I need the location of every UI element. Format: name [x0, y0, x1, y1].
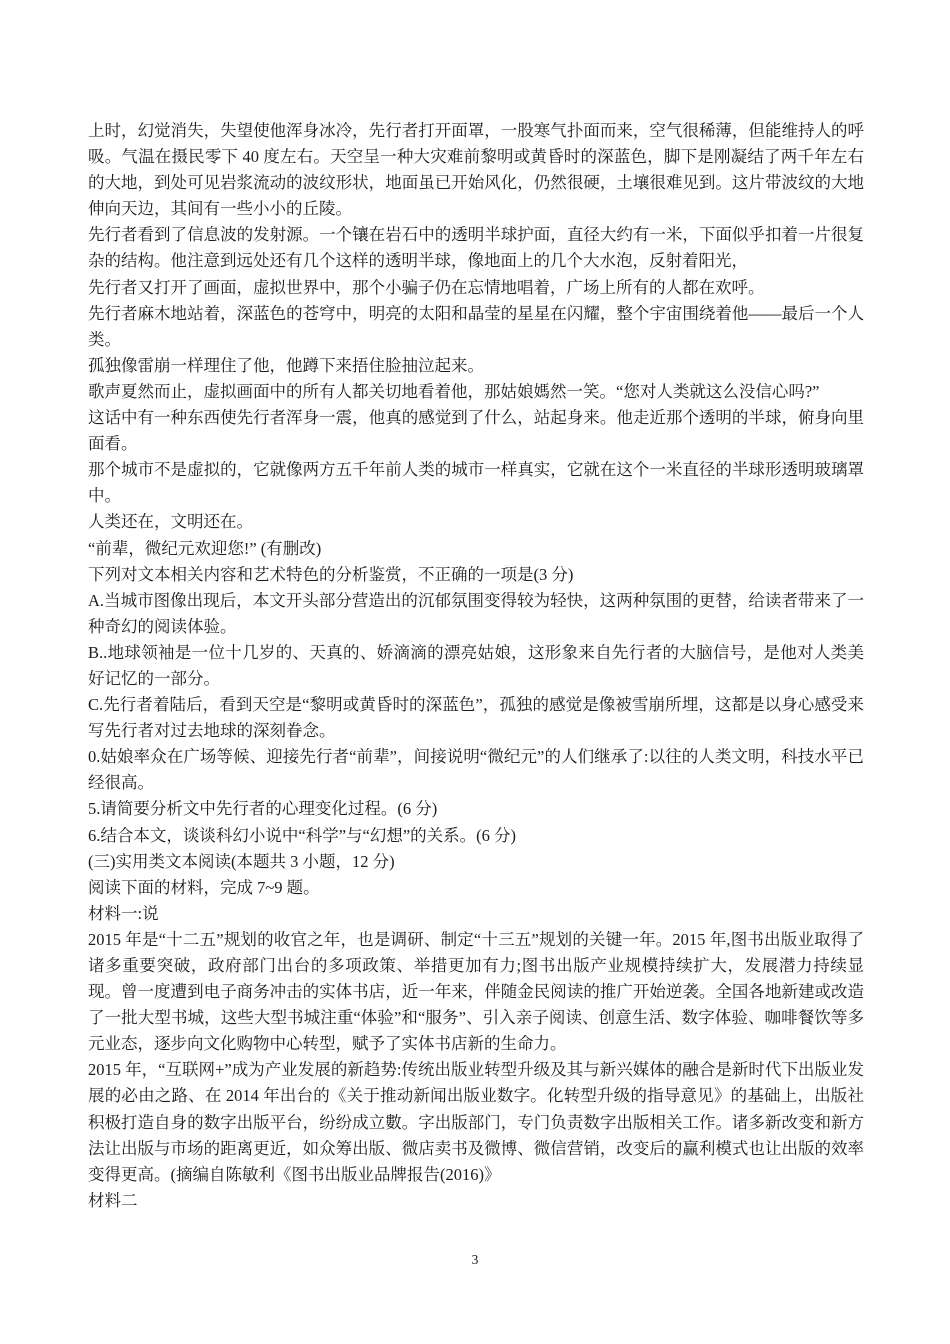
- question-6: 6.结合本文，谈谈科幻小说中“科学”与“幻想”的关系。(6 分): [88, 823, 864, 849]
- material-1-paragraph: 2015 年是“十二五”规划的收官之年，也是调研、制定“十三五”规划的关键一年。…: [88, 927, 864, 1057]
- material-1-paragraph: 2015 年，“互联网+”成为产业发展的新趋势:传统出版业转型升级及其与新兴媒体…: [88, 1057, 864, 1187]
- question-4-stem: 下列对文本相关内容和艺术特色的分析鉴赏，不正确的一项是(3 分): [88, 562, 864, 588]
- story-paragraph: 人类还在，文明还在。: [88, 509, 864, 535]
- document-body: 上时，幻觉消失，失望使他浑身冰冷，先行者打开面罩，一股寒气扑面而来，空气很稀薄，…: [88, 118, 864, 1214]
- material-2-heading: 材料二: [88, 1188, 864, 1214]
- question-4-option-c: C.先行者着陆后，看到天空是“黎明或黄昏时的深蓝色”，孤独的感觉是像被雪崩所埋，…: [88, 692, 864, 744]
- material-1-heading: 材料一:说: [88, 901, 864, 927]
- question-4-option-a: A.当城市图像出现后，本文开头部分营造出的沉郁氛围变得较为轻快，这两种氛围的更替…: [88, 588, 864, 640]
- story-paragraph: 上时，幻觉消失，失望使他浑身冰冷，先行者打开面罩，一股寒气扑面而来，空气很稀薄，…: [88, 118, 864, 222]
- story-paragraph: 孤独像雷崩一样理住了他，他蹲下来捂住脸抽泣起来。: [88, 353, 864, 379]
- question-4-option-b: B..地球领袖是一位十几岁的、天真的、娇滴滴的漂亮姑娘，这形象来自先行者的大脑信…: [88, 640, 864, 692]
- question-5: 5.请简要分析文中先行者的心理变化过程。(6 分): [88, 796, 864, 822]
- story-paragraph: 那个城市不是虚拟的，它就像两方五千年前人类的城市一样真实，它就在这个一米直径的半…: [88, 457, 864, 509]
- story-paragraph: 先行者又打开了画面，虚拟世界中，那个小骗子仍在忘情地唱着，广场上所有的人都在欢呼…: [88, 275, 864, 301]
- page-number: 3: [0, 1252, 950, 1268]
- question-4-option-d: 0.姑娘率众在广场等候、迎接先行者“前辈”，间接说明“微纪元”的人们继承了:以往…: [88, 744, 864, 796]
- section-3-heading: (三)实用类文本阅读(本题共 3 小题，12 分): [88, 849, 864, 875]
- story-paragraph: 先行者麻木地站着，深蓝色的苍穹中，明亮的太阳和晶莹的星星在闪耀，整个宇宙围绕着他…: [88, 301, 864, 353]
- story-paragraph: 先行者看到了信息波的发射源。一个镶在岩石中的透明半球护面，直径大约有一米，下面似…: [88, 222, 864, 274]
- story-closing-line: “前辈，微纪元欢迎您!” (有删改): [88, 536, 864, 562]
- document-page: 上时，幻觉消失，失望使他浑身冰冷，先行者打开面罩，一股寒气扑面而来，空气很稀薄，…: [0, 0, 950, 1344]
- reading-instruction: 阅读下面的材料，完成 7~9 题。: [88, 875, 864, 901]
- story-paragraph: 这话中有一种东西使先行者浑身一震，他真的感觉到了什么，站起身来。他走近那个透明的…: [88, 405, 864, 457]
- story-paragraph: 歌声夏然而止，虚拟画面中的所有人都关切地看着他，那姑娘媽然一笑。“您对人类就这么…: [88, 379, 864, 405]
